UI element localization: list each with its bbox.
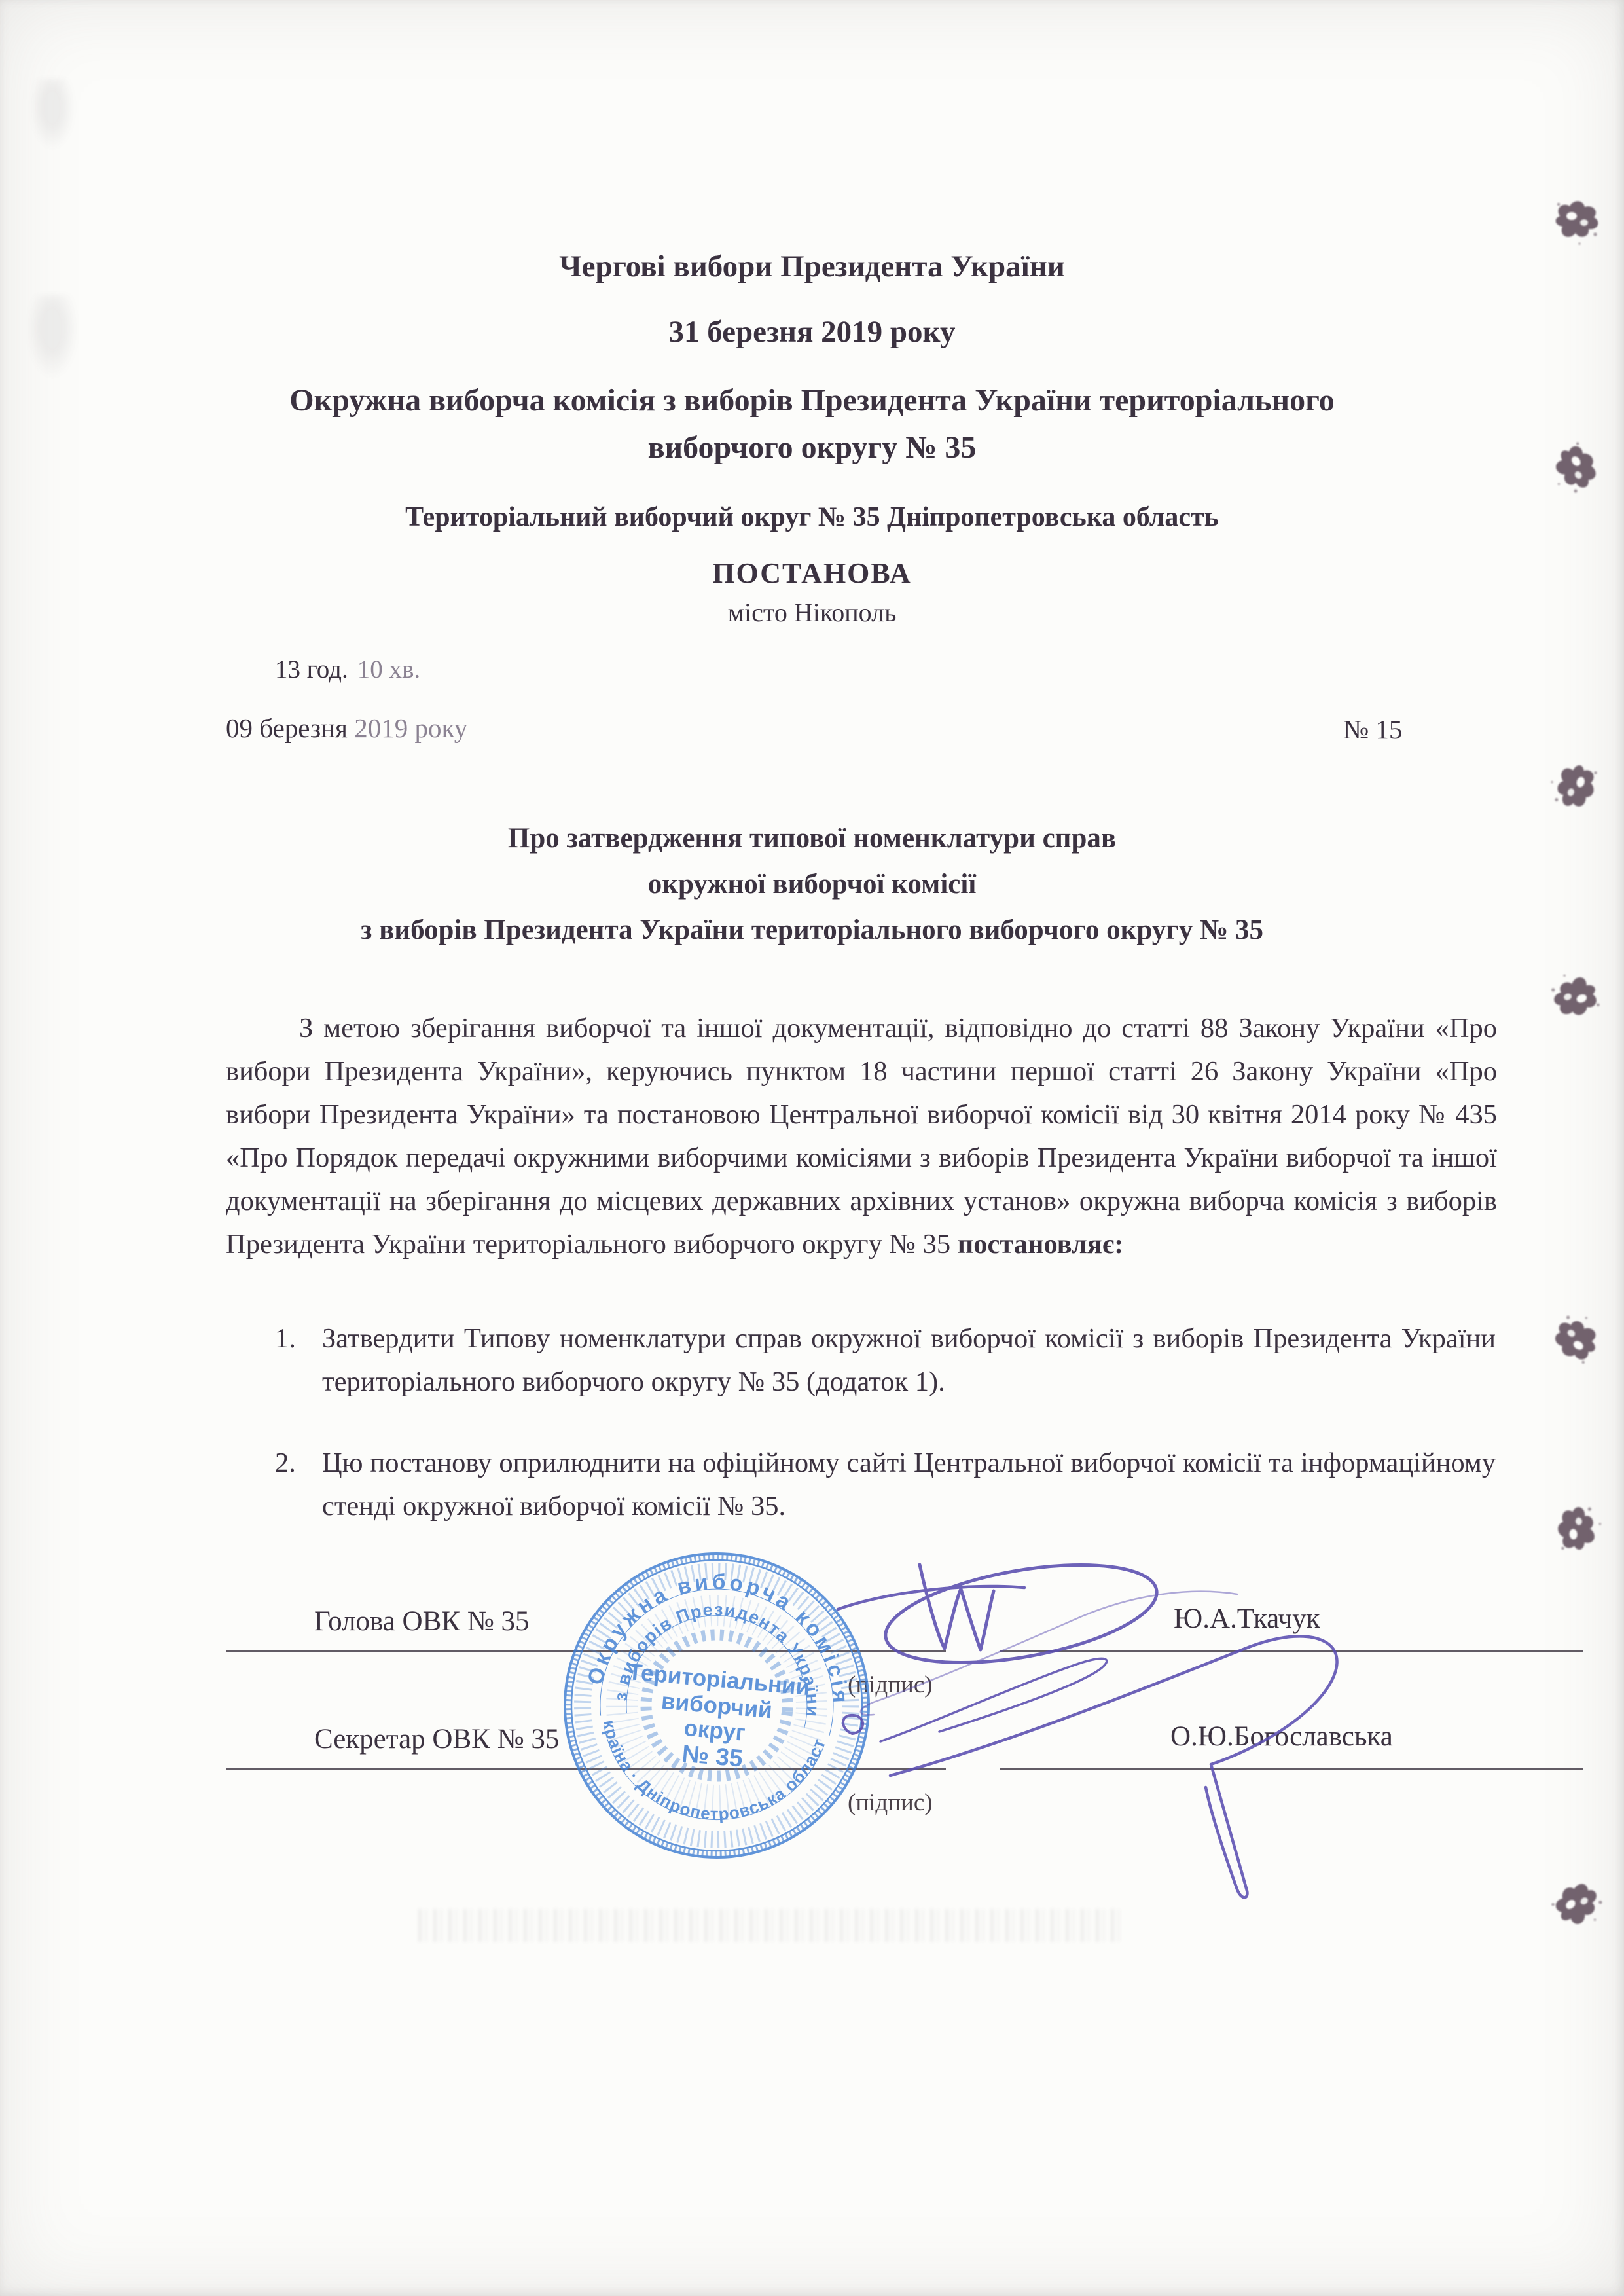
- artifact-blob-svg: [1547, 1500, 1606, 1559]
- city-line: місто Нікополь: [0, 597, 1624, 628]
- artifact-blob-svg: [1547, 1311, 1606, 1370]
- left-edge-smudge-top: [29, 79, 75, 151]
- right-edge-ink-artifact: [1547, 190, 1606, 249]
- right-edge-ink-artifact: [1547, 1311, 1606, 1370]
- commission-title-line2: виборчого округу № 35: [0, 424, 1624, 471]
- handwritten-signatures: [818, 1525, 1407, 1931]
- item-2-number: 2.: [275, 1442, 322, 1528]
- item-1-text: Затвердити Типову номенклатури справ окр…: [322, 1317, 1496, 1404]
- district-line: Територіальний виборчий округ № 35 Дніпр…: [0, 501, 1624, 533]
- ghost-bleedthrough-text: [419, 1909, 1119, 1942]
- intro-text: З метою зберігання виборчої та іншої док…: [226, 1013, 1497, 1260]
- intro-resolves-word: постановляє:: [958, 1229, 1124, 1260]
- signature-role-head: Голова ОВК № 35: [314, 1605, 529, 1637]
- election-title: Чергові вибори Президента України: [0, 249, 1624, 284]
- subject-line1: Про затвердження типової номенклатури сп…: [0, 816, 1624, 862]
- subject-heading: Про затвердження типової номенклатури сп…: [0, 816, 1624, 953]
- stamp-center-line4: № 35: [681, 1740, 744, 1772]
- artifact-blob-svg: [1547, 437, 1606, 496]
- right-edge-ink-artifact: [1547, 1500, 1606, 1559]
- resolution-item-2: 2. Цю постанову оприлюднити на офіційном…: [275, 1442, 1496, 1528]
- secretary-signature-main-stroke: [890, 1636, 1337, 1897]
- artifact-blob-svg: [1547, 968, 1606, 1027]
- signature-role-secretary: Секретар ОВК № 35: [314, 1723, 559, 1755]
- artifact-blob-svg: [1547, 756, 1606, 815]
- document-type: ПОСТАНОВА: [0, 556, 1624, 590]
- intro-paragraph: З метою зберігання виборчої та іншої док…: [226, 1007, 1497, 1266]
- secretary-signature-leaf-loop: [880, 1658, 1107, 1741]
- commission-title: Окружна виборча комісія з виборів Презид…: [0, 377, 1624, 471]
- commission-title-line1: Окружна виборча комісія з виборів Презид…: [0, 377, 1624, 424]
- resolution-item-1: 1. Затвердити Типову номенклатури справ …: [275, 1317, 1496, 1404]
- right-edge-ink-artifact: [1547, 968, 1606, 1027]
- election-date: 31 березня 2019 року: [0, 314, 1624, 350]
- right-edge-ink-artifact: [1547, 437, 1606, 496]
- item-2-text: Цю постанову оприлюднити на офіційному с…: [322, 1442, 1496, 1528]
- artifact-blob-svg: [1547, 190, 1606, 249]
- artifact-blob-svg: [1547, 1874, 1606, 1933]
- secretary-signature-small-loop: [843, 1715, 863, 1734]
- right-edge-ink-artifact: [1547, 1874, 1606, 1933]
- meeting-time-minutes: 10 хв.: [357, 655, 420, 683]
- right-edge-ink-artifact: [1547, 756, 1606, 815]
- meeting-time-hours: 13 год.: [275, 655, 348, 683]
- document-number: № 15: [1343, 714, 1402, 745]
- meeting-time: 13 год.10 хв.: [275, 655, 420, 684]
- document-date-year: 2019 року: [354, 713, 467, 743]
- document-date-day: 09 березня: [226, 713, 348, 743]
- subject-line2: окружної виборчої комісії: [0, 862, 1624, 907]
- left-edge-smudge-mid: [26, 295, 79, 380]
- document-date: 09 березня 2019 року: [226, 712, 467, 744]
- item-1-number: 1.: [275, 1317, 322, 1404]
- subject-line3: з виборів Президента України територіаль…: [0, 907, 1624, 953]
